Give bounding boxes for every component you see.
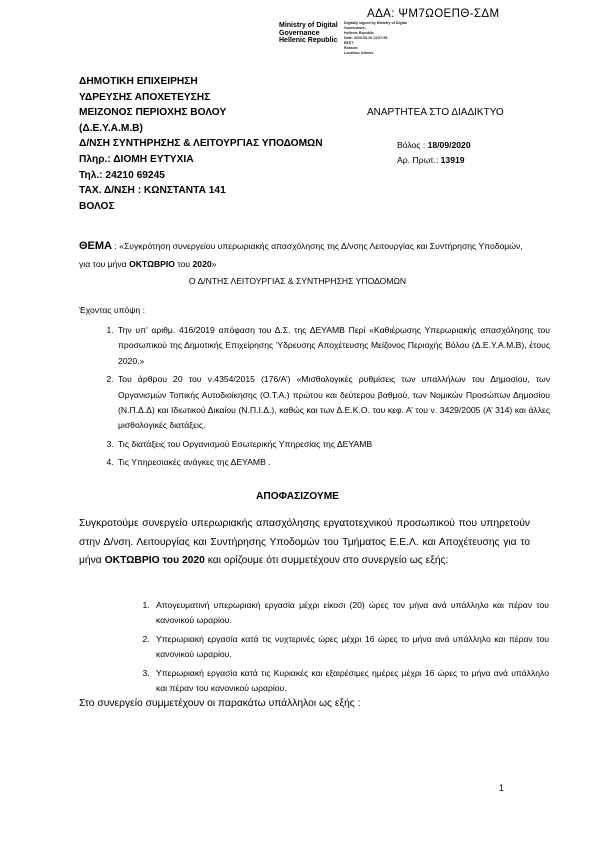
page-number: 1 [499,783,504,793]
subject-label: ΘΕΜΑ [79,240,112,252]
overtime-rule: Υπερωριακή εργασία κατά τις Κυριακές και… [152,666,549,697]
signature-issuer: Ministry of Digital Governance Hellenic … [279,22,338,45]
org-name-line: ΔΗΜΟΤΙΚΗ ΕΠΙΧΕΙΡΗΣΗ [79,74,323,90]
decision-paragraph: Συγκροτούμε συνεργείο υπερωριακής απασχό… [79,515,530,571]
signature-issuer-line: Ministry of Digital [279,22,338,30]
org-name-line: ΥΔΡΕΥΣΗΣ ΑΠΟΧΕΤΕΥΣΗΣ [79,90,323,106]
document-meta: Βόλος : 18/09/2020 Αρ. Πρωτ.: 13919 [397,138,471,168]
organization-header: ΔΗΜΟΤΙΚΗ ΕΠΙΧΕΙΡΗΣΗ ΥΔΡΕΥΣΗΣ ΑΠΟΧΕΤΕΥΣΗΣ… [79,74,323,214]
signature-issuer-line: Governance [279,30,338,38]
signature-issuer-line: Hellenic Republic [279,37,338,45]
ada-code: ΑΔΑ: ΨΜ7ΩΟΕΠΘ-ΣΔΜ [367,8,499,20]
director-title: Ο Δ/ΝΤΗΣ ΛΕΙΤΟΥΡΓΙΑΣ & ΣΥΝΤΗΡΗΣΗΣ ΥΠΟΔΟΜ… [0,276,595,286]
consideration-item: Τις Υπηρεσιακές ανάγκες της ΔΕΥΑΜΒ . [116,455,550,470]
employees-intro: Στο συνεργείο συμμετέχουν οι παρακάτω υπ… [79,698,360,709]
considering-label: Έχοντας υπόψη : [79,305,145,315]
org-name-line: ΜΕΙΖΟΝΟΣ ΠΕΡΙΟΧΗΣ ΒΟΛΟΥ [79,105,323,121]
protocol-value: 13919 [441,155,465,165]
department: Δ/ΝΣΗ ΣΥΝΤΗΡΗΣΗΣ & ΛΕΙΤΟΥΡΓΙΑΣ ΥΠΟΔΟΜΩΝ [79,136,323,152]
contact-person: Πληρ.: ΔΙΟΜΗ ΕΥΤΥΧΙΑ [79,152,323,168]
overtime-rules-list: Απογευματινή υπερωριακή εργασία μέχρι εί… [133,598,549,699]
overtime-rule: Απογευματινή υπερωριακή εργασία μέχρι εί… [152,598,549,629]
subject-month: ΟΚΤΩΒΡΙΟ [129,259,175,269]
signature-detail-line: Location: Athens [344,51,407,56]
decision-text-end: και ορίζουμε ότι συμμετέχουν στο συνεργε… [205,555,449,566]
subject-end: » [212,259,217,269]
city: ΒΟΛΟΣ [79,199,323,215]
document-date: Βόλος : 18/09/2020 [397,138,471,153]
phone: Τηλ.: 24210 69245 [79,168,323,184]
subject: ΘΕΜΑ : «Συγκρότηση συνεργείου υπερωριακή… [79,237,529,273]
date-label: Βόλος : [397,140,428,150]
publish-note: ΑΝΑΡΤΗΤΕΑ ΣΤΟ ΔΙΑΔΙΚΤΥΟ [367,107,504,118]
decision-heading: ΑΠΟΦΑΣΙΖΟΥΜΕ [0,491,595,502]
protocol-number: Αρ. Πρωτ.: 13919 [397,153,471,168]
postal-address: ΤΑΧ. Δ/ΝΣΗ : ΚΩΝΣΤΑΝΤΑ 141 [79,183,323,199]
overtime-rule: Υπερωριακή εργασία κατά τις νυχτερινές ώ… [152,632,549,663]
org-acronym: (Δ.Ε.Υ.Α.Μ.Β) [79,121,323,137]
date-value: 18/09/2020 [428,140,471,150]
protocol-label: Αρ. Πρωτ.: [397,155,441,165]
signature-details: Digitally signed by Ministry of Digital … [344,21,407,56]
consideration-item: Τις διατάξεις του Οργανισμού Εσωτερικής … [116,437,550,452]
subject-year: 2020 [193,259,212,269]
decision-month: ΟΚΤΩΒΡΙΟ [105,555,160,566]
consideration-item: Την υπ’ αριθμ. 416/2019 απόφαση του Δ.Σ.… [116,323,550,369]
subject-mid: του [175,259,193,269]
consideration-item: Του άρθρου 20 του ν.4354/2015 (176/Α’) «… [116,372,550,434]
decision-year: 2020 [182,555,205,566]
decision-mid: του [160,555,182,566]
considerations-list: Την υπ’ αριθμ. 416/2019 απόφαση του Δ.Σ.… [96,323,550,474]
